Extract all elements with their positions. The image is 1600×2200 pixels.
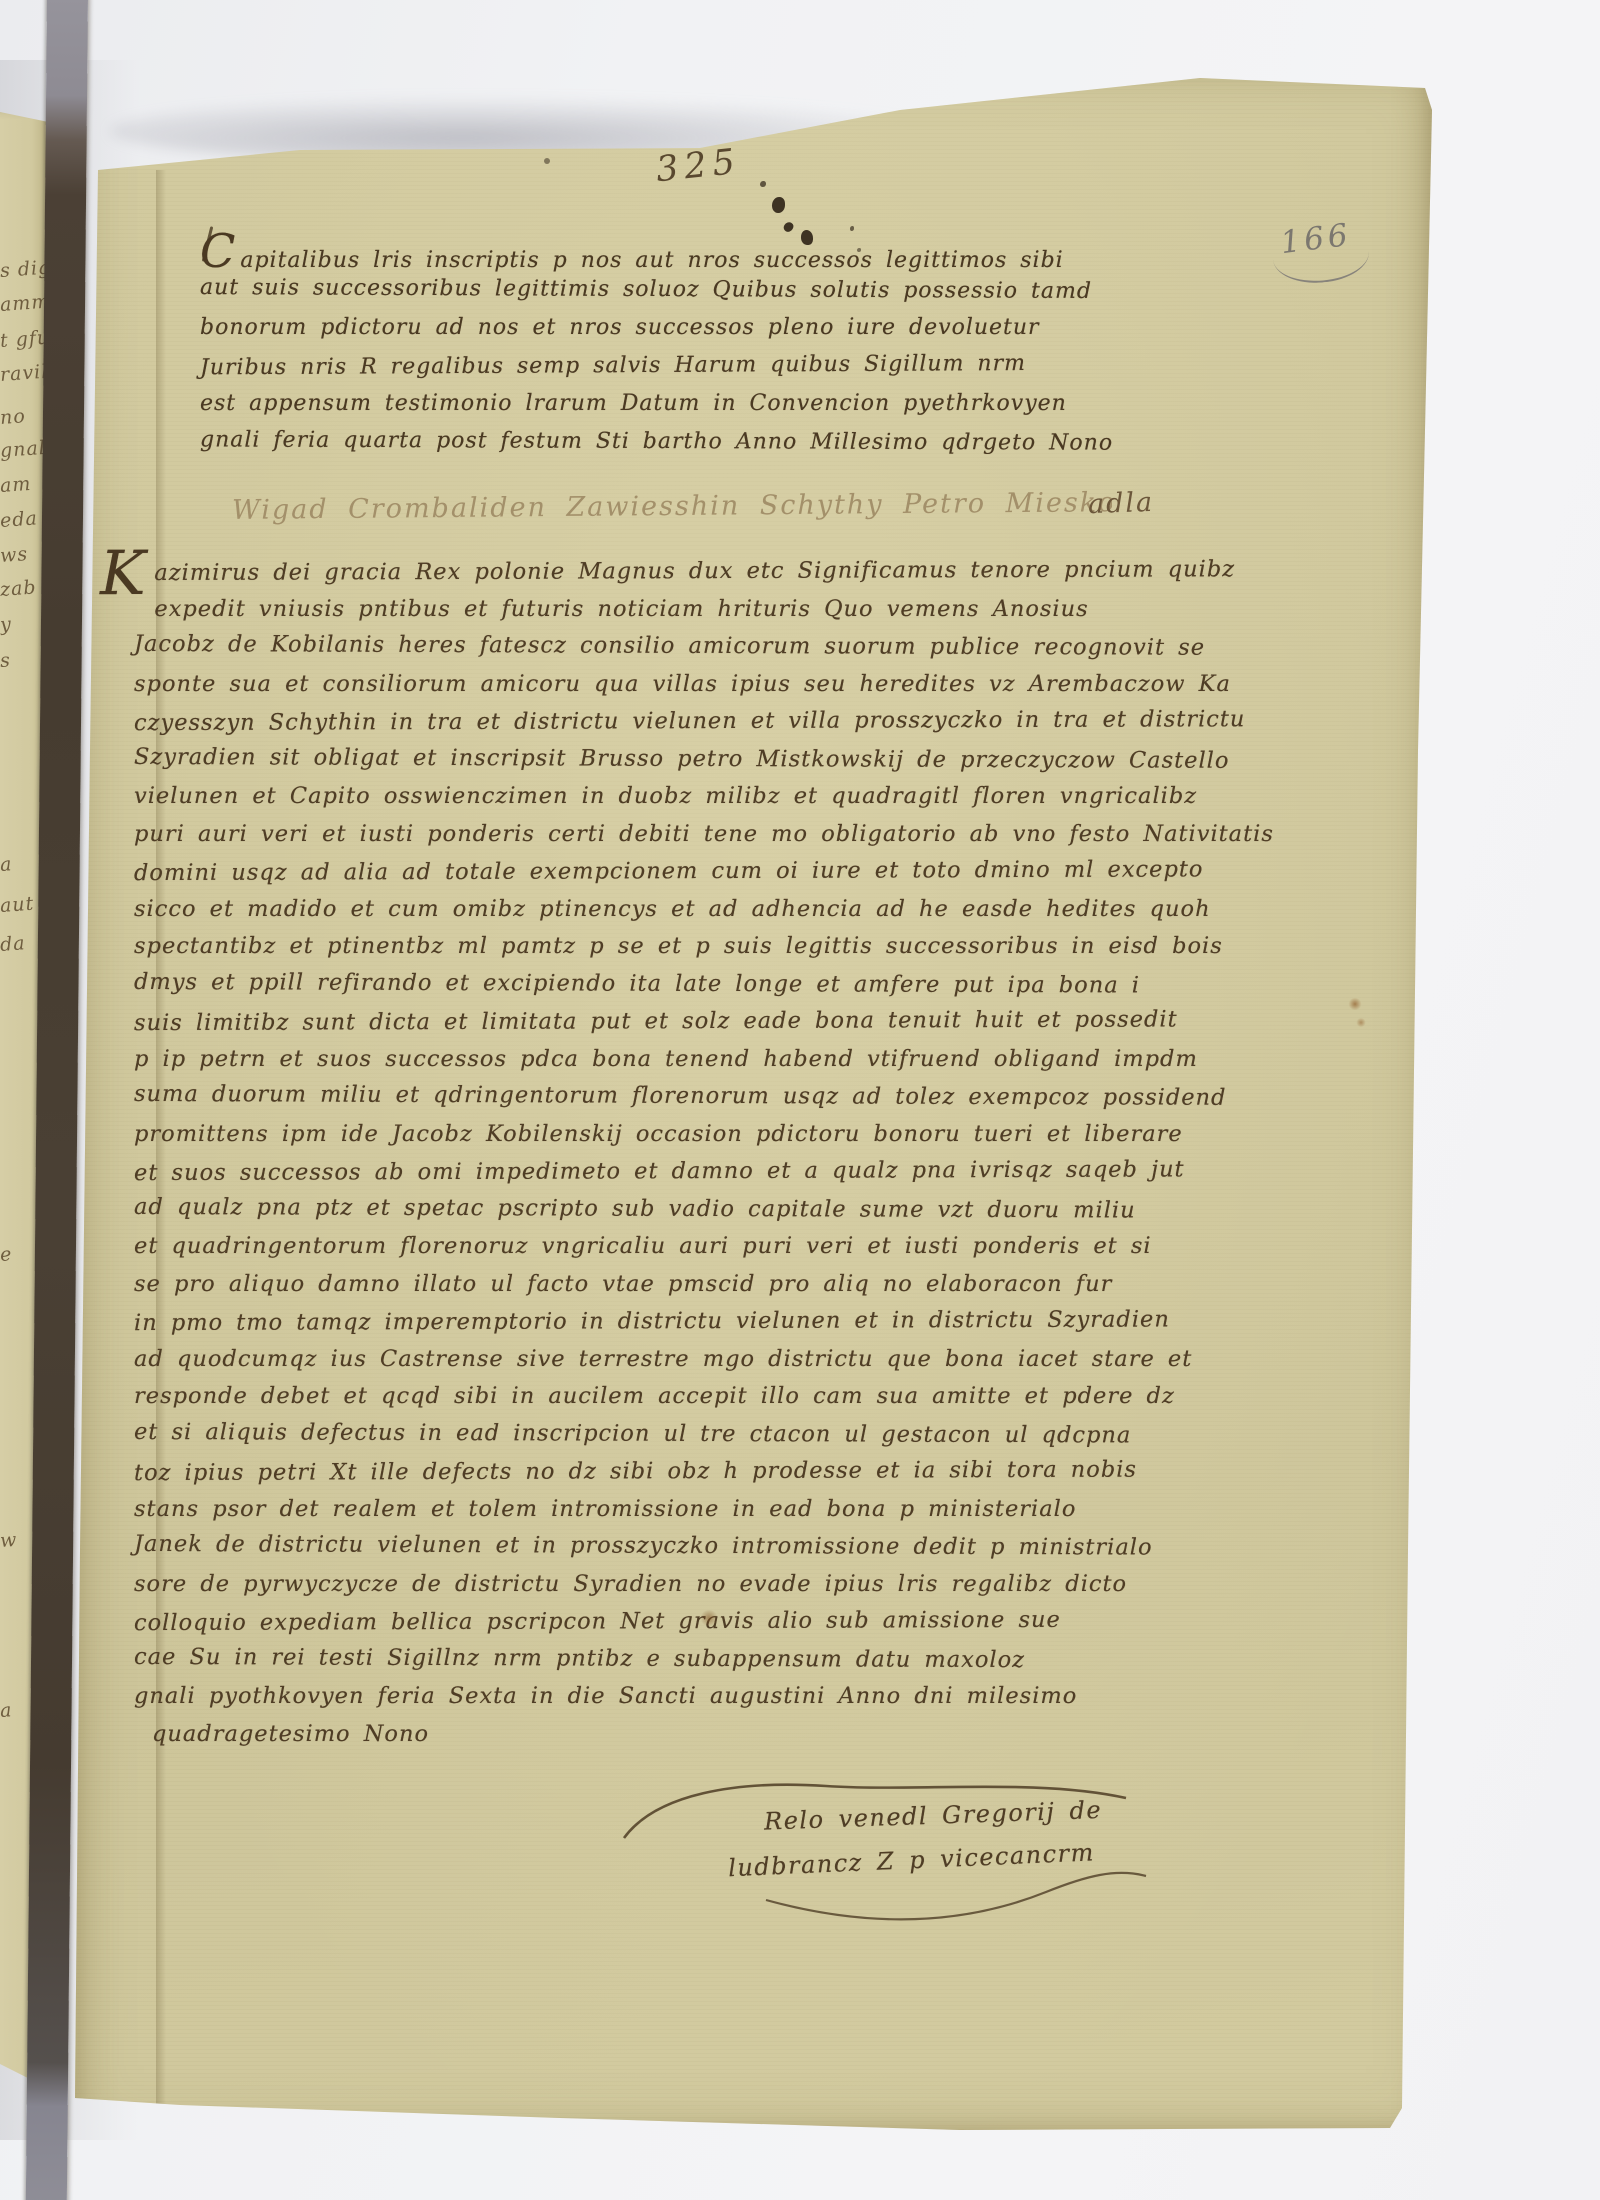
ink-blot: [760, 181, 766, 187]
text-line: dmys et ppill refirando et excipiendo it…: [134, 963, 1319, 1005]
ink-blot: [850, 226, 854, 231]
manuscript-scan: s digammet gfusravibnognaliamedawszabysa…: [0, 0, 1600, 2200]
text-line: p ip petrn et suos successos pdca bona t…: [134, 1041, 1319, 1079]
entry-heading: Wigad Crombaliden Zawiesshin Schythy Pet…: [232, 487, 1112, 526]
ink-blot: [782, 220, 795, 233]
text-line: est appensum testimonio lrarum Datum in …: [200, 385, 1100, 423]
ink-blot: [544, 158, 550, 164]
manuscript-page: 325 166 Capitalibus lris inscriptis p no…: [60, 50, 1450, 2150]
text-line: Szyradien sit obligat et inscripsit Brus…: [134, 738, 1319, 780]
text-line: ad quodcumqz ius Castrense sive terrestr…: [134, 1341, 1319, 1379]
text-line: gnali pyothkovyen feria Sexta in die San…: [134, 1678, 1319, 1716]
text-line: sponte sua et consiliorum amicoru qua vi…: [134, 666, 1319, 704]
body-text: Kazimirus dei gracia Rex polonie Magnus …: [134, 553, 1319, 1753]
pencil-underline-arc: [1273, 246, 1371, 286]
text-line: colloquio expediam bellica pscripcon Net…: [134, 1601, 1319, 1643]
text-line: Jacobz de Kobilanis heres fatescz consil…: [134, 626, 1319, 668]
text-line: puri auri veri et iusti ponderis certi d…: [134, 816, 1319, 854]
foxing-stain: [700, 1610, 718, 1626]
text-line: toz ipius petri Xt ille defects no dz si…: [134, 1451, 1319, 1493]
text-line: sicco et madido et cum omibz ptinencys e…: [134, 891, 1319, 929]
text-line: sore de pyrwyczycze de districtu Syradie…: [134, 1566, 1319, 1604]
text-line: aut suis successoribus legittimis soluoz…: [200, 269, 1100, 311]
text-line: expedit vniusis pntibus et futuris notic…: [134, 591, 1319, 629]
text-line: bonorum pdictoru ad nos et nros successo…: [200, 309, 1100, 347]
text-line: spectantibz et ptinentbz ml pamtz p se e…: [134, 928, 1319, 966]
text-line: responde debet et qcqd sibi in aucilem a…: [134, 1378, 1319, 1416]
text-line: vielunen et Capito osswienczimen in duob…: [134, 778, 1319, 816]
text-line: Janek de districtu vielunen et in prossz…: [134, 1526, 1319, 1568]
text-line: ad qualz pna ptz et spetac pscripto sub …: [134, 1188, 1319, 1230]
signature-block: Relo venedl Gregorij deludbrancz Z p vic…: [700, 1792, 1200, 1880]
ink-blot: [772, 197, 785, 213]
text-line: domini usqz ad alia ad totale exempcione…: [134, 851, 1319, 893]
text-line: in pmo tmo tamqz imperemptorio in distri…: [134, 1301, 1319, 1343]
folio-number-pencil: 166: [1279, 215, 1372, 287]
text-line: et quadringentorum florenoruz vngricaliu…: [134, 1228, 1319, 1266]
text-line: suma duorum miliu et qdringentorum flore…: [134, 1076, 1319, 1118]
text-line: cae Su in rei testi Sigillnz nrm pntibz …: [134, 1638, 1319, 1680]
foxing-stain: [1356, 1018, 1366, 1027]
foxing-stain: [1348, 998, 1362, 1010]
margin-note: adla: [1087, 487, 1154, 520]
text-line: czyesszyn Schythin in tra et districtu v…: [134, 701, 1319, 743]
page-number-ink: 325: [654, 142, 743, 191]
text-line: et suos successos ab omi impedimeto et d…: [134, 1151, 1319, 1193]
text-line: Kazimirus dei gracia Rex polonie Magnus …: [134, 551, 1319, 593]
text-line: suis limitibz sunt dicta et limitata put…: [134, 1001, 1319, 1043]
text-line: stans psor det realem et tolem intromiss…: [134, 1491, 1319, 1529]
text-line: Capitalibus lris inscriptis p nos aut nr…: [200, 233, 1100, 271]
text-line: et si aliquis defectus in ead inscripcio…: [134, 1413, 1319, 1455]
text-line: se pro aliquo damno illato ul facto vtae…: [134, 1266, 1319, 1304]
text-line: gnali feria quarta post festum Sti barth…: [200, 421, 1100, 462]
opening-paragraph: Capitalibus lris inscriptis p nos aut nr…: [200, 233, 1100, 461]
text-line: promittens ipm ide Jacobz Kobilenskij oc…: [134, 1116, 1319, 1154]
text-line: Juribus nris R regalibus semp salvis Har…: [200, 345, 1100, 388]
text-line: quadragetesimo Nono: [152, 1716, 1319, 1754]
